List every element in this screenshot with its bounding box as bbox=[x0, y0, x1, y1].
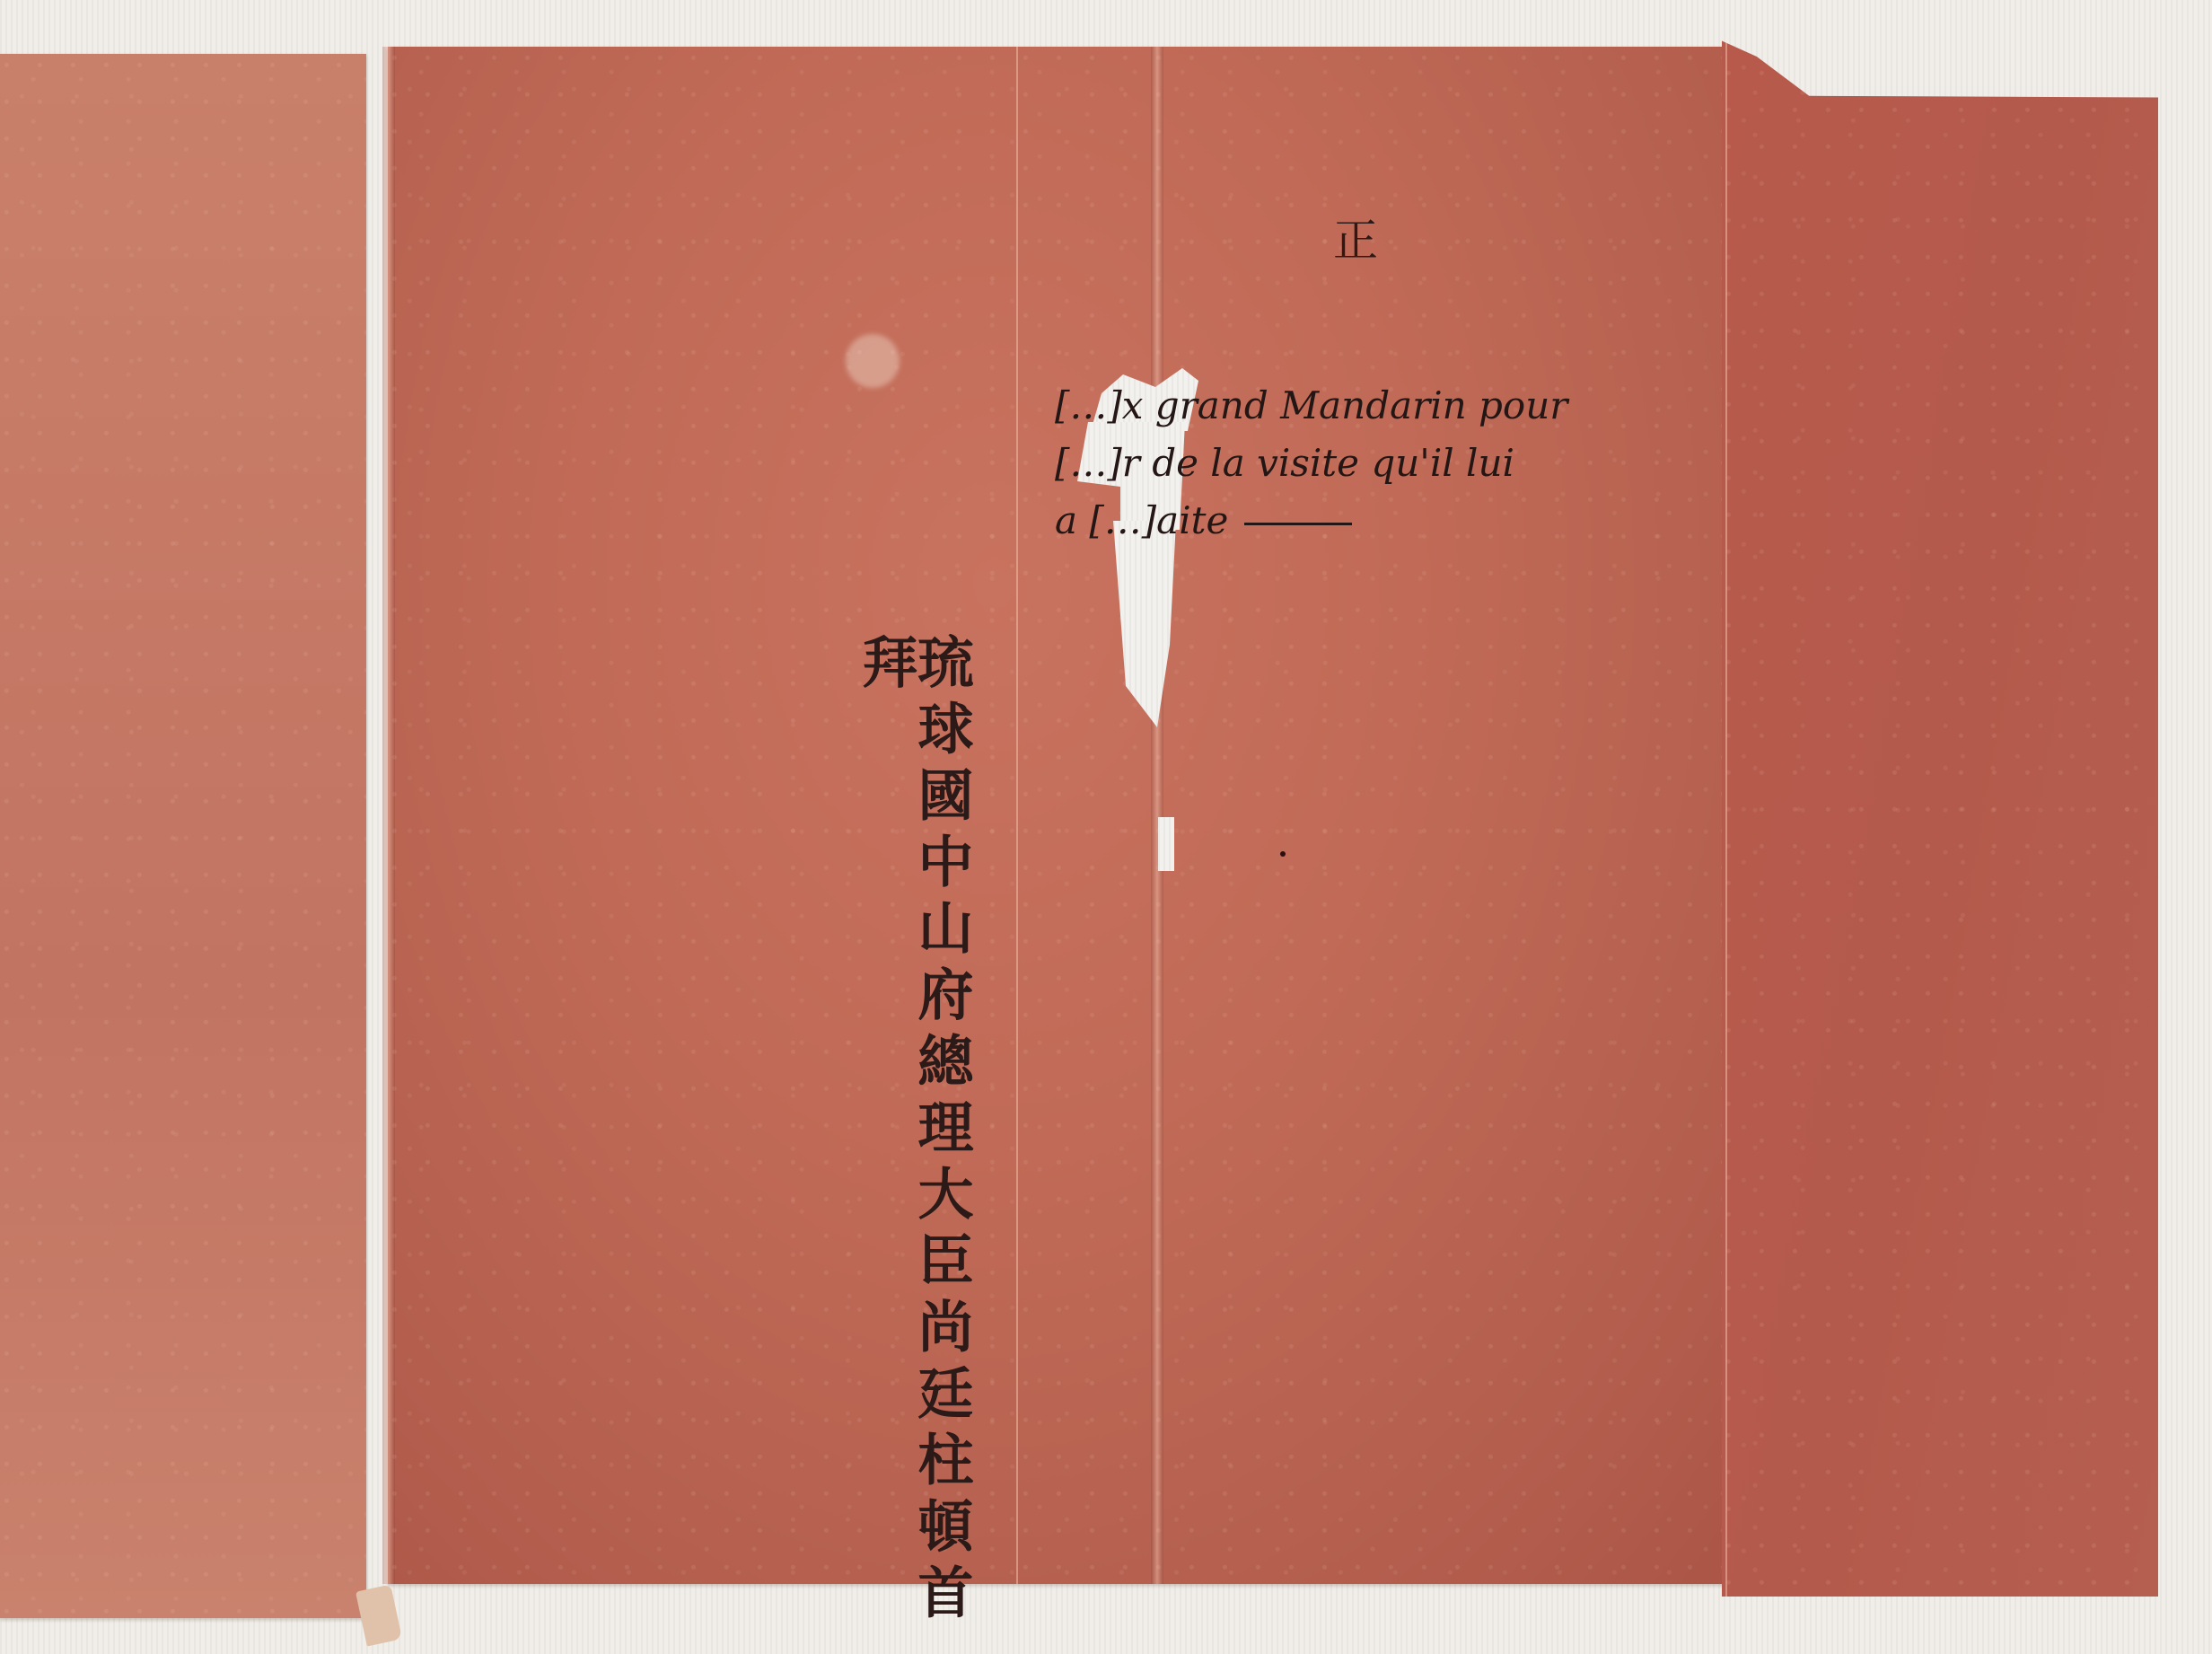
torn-flap bbox=[355, 1585, 402, 1647]
torn-hole bbox=[1158, 817, 1174, 871]
center-seam bbox=[1151, 47, 1163, 1584]
left-seam bbox=[382, 47, 395, 1584]
french-annotation: […]x grand Mandarin pour […]r de la visi… bbox=[1055, 377, 1683, 550]
paper-leaf-right bbox=[1722, 25, 2158, 1597]
french-line-2: […]r de la visite qu'il lui bbox=[1055, 435, 1683, 492]
chinese-vertical-text: 琉球國中山府總理大臣尚廷柱頓首拜 bbox=[857, 633, 969, 1654]
paper-leaf-left bbox=[0, 54, 366, 1618]
paper-leaf-main bbox=[388, 47, 1734, 1584]
fold-line bbox=[1016, 47, 1018, 1584]
annotation-mark: 正 bbox=[1333, 205, 1378, 269]
french-line-1: […]x grand Mandarin pour bbox=[1055, 377, 1683, 435]
french-line-3: a […]aite bbox=[1055, 492, 1683, 550]
stain bbox=[846, 334, 900, 388]
dash-stroke bbox=[1244, 523, 1352, 525]
fold-line bbox=[1725, 25, 1727, 1597]
ink-spot bbox=[1280, 851, 1286, 857]
